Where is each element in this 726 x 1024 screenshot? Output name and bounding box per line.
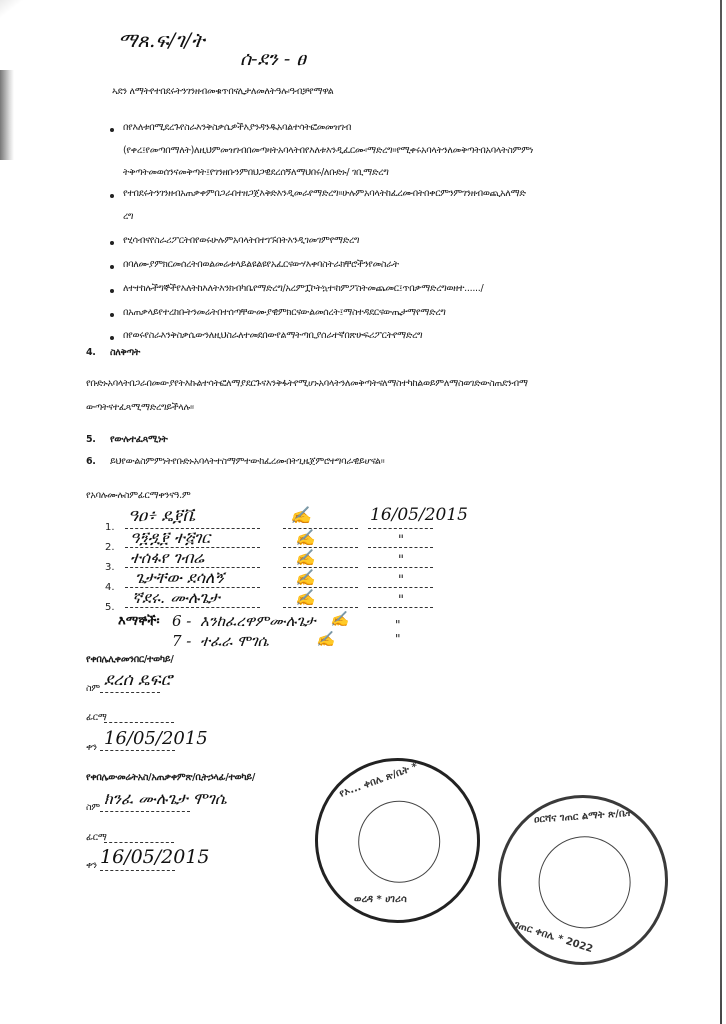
kebele-chair-heading: የቀበሌሊቀመንበር/ተወካይ/ <box>86 654 174 665</box>
signature-date: " <box>398 573 404 588</box>
list-item-line: በአጠቃላይየተረከቡትንመሬትበተሰጣቸውሙያዊምክርናውልመሰረት፤ማስተዳ… <box>123 307 446 318</box>
signature-line <box>104 842 174 843</box>
date-line <box>368 528 433 529</box>
signatory-name: ተሰፋየ ገብሬ <box>130 548 204 568</box>
name-label: ስም <box>86 683 100 694</box>
signature: ✍ <box>290 506 311 526</box>
official-stamp: የኦ... ቀበሌ ጽ/ቤት * ወረዳ * ሀገሪሳ <box>304 747 490 933</box>
date-line <box>368 567 433 568</box>
witness-number: 6 - <box>172 612 191 630</box>
signature-date: " <box>398 533 404 548</box>
date-line <box>100 750 175 751</box>
witness-name: ተፈራ ሞገሴ <box>200 632 269 650</box>
list-item-line: በየወሩየስራእንቅስቃሴውንለዚህስራለተመደበውየልማትጣቢያሰራተኛበጽሁ… <box>123 330 422 341</box>
section-4-number: 4. <box>86 347 96 358</box>
row-number: 2. <box>105 542 115 553</box>
section-4-body-line: ውጣትናተፈጻሚማድረግይችላሉ፡፡ <box>86 402 194 413</box>
signature: ✍ <box>295 588 315 607</box>
signatories-heading: የአባሉሙሉስምፊርማቀንናዓ.ም <box>86 490 190 501</box>
section-4-body-line: የቡድኑአባላትበጋራበመውያየትእኩልተሳትፎለማያደርጉናእንቅፋትየሚሆኑ… <box>86 378 528 389</box>
signature: ✍ <box>295 528 315 547</box>
section-6-text: ይህየውልስምምነትየቡድኑአባላትተስማምተውከፈረሙበትጊዜጀምሮተግባራዊ… <box>110 456 384 467</box>
scan-right-edge <box>720 0 722 1024</box>
signature: ✍ <box>295 548 315 567</box>
bullet-icon <box>110 194 114 198</box>
section-6-number: 6. <box>86 456 96 467</box>
name-line <box>100 811 190 812</box>
list-item-line: ረግ <box>123 211 133 222</box>
list-item-line: ለተተከሉችግኞችየእለትከእለትእንክብካቤየማድረግ/አረምፗኮትኳተ፡ከም… <box>123 283 483 294</box>
land-office-date: 16/05/2015 <box>100 846 210 868</box>
name-label: ስም <box>86 802 100 813</box>
row-number: 4. <box>105 582 115 593</box>
land-office-name: ክንፈ ሙሉጌታ ሞገሴ <box>104 789 227 809</box>
date-label: ቀን <box>86 860 97 871</box>
witness-signature: ✍ <box>330 610 349 628</box>
section-4-title: ስለቅጣት <box>110 347 140 358</box>
name-line <box>125 607 260 608</box>
date-line <box>368 607 433 608</box>
signatory-name: ዓ፺ዷ፻ ተ፭ገር <box>130 528 210 548</box>
signature: ✍ <box>295 568 315 587</box>
stamp-top-text: ዐርሻና ገጠር ልማት ጽ/ቤት <box>534 808 633 826</box>
intro-line: ኣደን ለማትየተበደሩትንገንዘብመቁጥበናሊታለመለትዓሉ፡ዓብቻየማዋል <box>112 86 334 97</box>
scanned-document-page: ማጸ.ፍ/ገ/ት ሰ-ደን - ፀ ኣደን ለማትየተበደሩትንገንዘብመቁጥበ… <box>0 0 726 1024</box>
witness-number: 7 - <box>172 632 191 650</box>
bullet-icon <box>110 128 114 132</box>
signatory-name: ጌታቸው ደሳለኝ <box>135 568 224 588</box>
section-5-number: 5. <box>86 434 96 445</box>
witness-name: እንከፈረዋምሙሉጌታ <box>200 612 316 630</box>
date-label: ቀን <box>86 742 97 753</box>
bullet-icon <box>110 289 114 293</box>
list-item-line: ትቅጣትመወሰንናመቅጣት፤የገንዘቡንምበህጋዊደረሰኝለማህበሩ/ለቡድኑ/… <box>123 167 389 178</box>
row-number: 3. <box>105 562 115 573</box>
land-office-heading: የቀበሌውመሬትአስ/አጠቃቀምጽ/ቢትኃላፊ/ተወካይ/ <box>86 772 255 783</box>
kebele-chair-name: ደረሰ ዴፍሮ <box>104 670 172 690</box>
witness-signature: ✍ <box>316 630 335 648</box>
stamp-inner-ring <box>353 795 446 888</box>
signatory-name: ኛደሩ. ሙሉጌታ <box>132 588 220 608</box>
list-item-line: የተበደሩትንገንዘብአጠቃቀምበጋራበተዘጋጀእቅድእንዲመራየማድረግ፡፡ሁ… <box>123 188 526 199</box>
signatory-name: ዓዐ፥ ዴ፻ቬ <box>128 506 195 526</box>
name-line <box>100 692 160 693</box>
date-line <box>100 870 175 871</box>
witness-date: " <box>395 618 401 632</box>
kebele-chair-date: 16/05/2015 <box>104 728 208 749</box>
signature-line <box>104 722 174 723</box>
list-item-line: በባለሙያምክርመሰረትበወልመሬቱላይልዩልዩየአፈርናውሃእቀባስትራክቸሮ… <box>123 259 399 270</box>
header-date: ሰ-ደን - ፀ <box>240 48 306 70</box>
list-item-line: (የቀረ፤የመጣበማለት)ለዚህምመዝገብበመጣዛትአባላትበየእለቱእንዲፈር… <box>123 145 533 156</box>
witnesses-label: እማኞች፡ <box>118 614 160 629</box>
signature-date: 16/05/2015 <box>370 505 468 525</box>
stamp-top-text: የኦ... ቀበሌ ጽ/ቤት * <box>338 761 419 799</box>
row-number: 5. <box>105 602 115 613</box>
stamp-inner-ring <box>531 829 638 936</box>
official-stamp: ዐርሻና ገጠር ልማት ጽ/ቤት ገጠር ቀበሌ * 2022 <box>485 782 682 979</box>
bullet-icon <box>110 313 114 317</box>
signature-line <box>283 607 358 608</box>
page-edge-shadow <box>0 70 14 160</box>
reference-number: ማጸ.ፍ/ገ/ት <box>118 28 205 52</box>
list-item-line: በየእለቱበሚደረጉየስራእንቅስቃሴዎችእያንዳንዱአባልተሳትፎመመዝገብ <box>123 122 351 133</box>
bullet-icon <box>110 241 114 245</box>
section-5-title: የውሉተፈጻሚነት <box>110 434 167 445</box>
signature-date: " <box>398 553 404 568</box>
bullet-icon <box>110 336 114 340</box>
signature-date: " <box>398 593 404 608</box>
list-item-line: የሂሳብናየስራሪፖርትበየወሩሁሉምአባላትበተገኙበትእንዲገመገምየማድረ… <box>123 235 359 246</box>
date-line <box>368 547 433 548</box>
bullet-icon <box>110 265 114 269</box>
stamp-bottom-text: ወረዳ * ሀገሪሳ <box>354 894 407 905</box>
witness-date: " <box>395 632 401 646</box>
date-line <box>368 587 433 588</box>
row-number: 1. <box>105 522 115 533</box>
